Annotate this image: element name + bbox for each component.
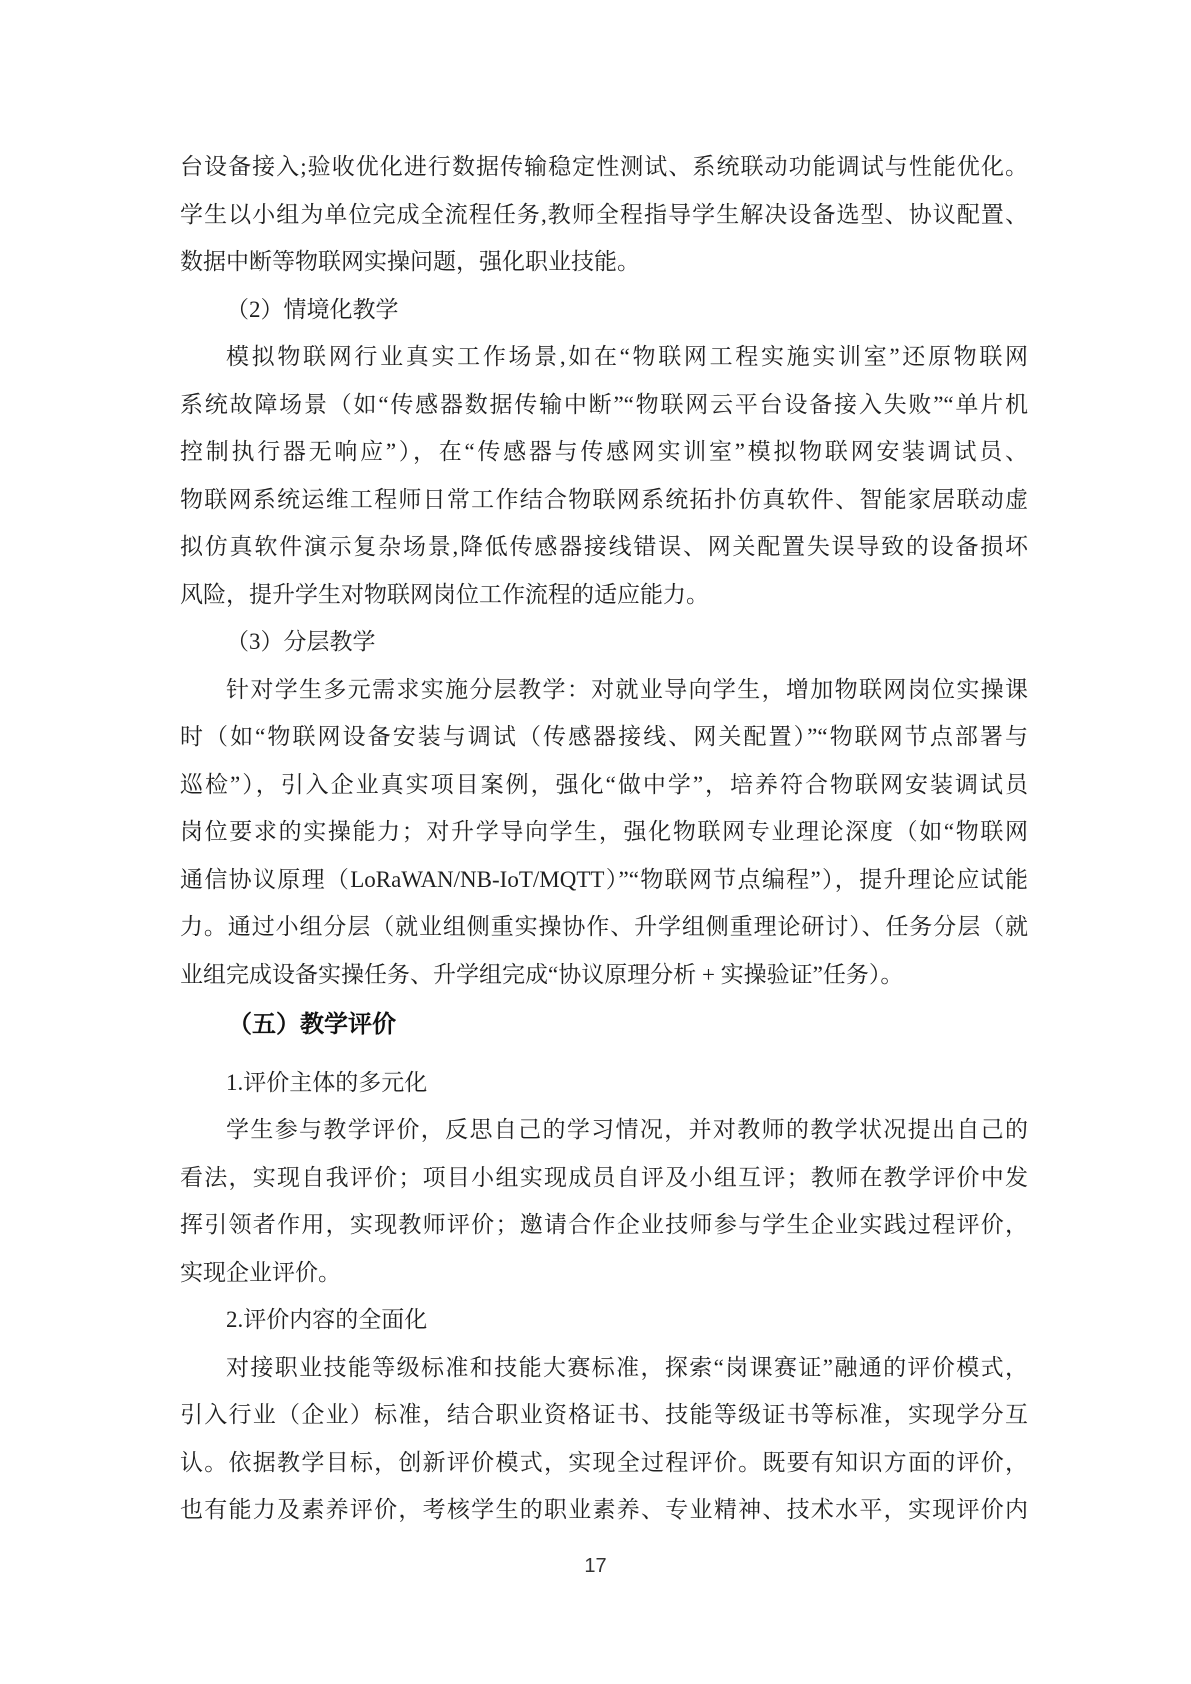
text-line: 1.评价主体的多元化 — [180, 1059, 1028, 1107]
text-line: 时（如“物联网设备安装与调试（传感器接线、网关配置）”“物联网节点部署与 — [180, 713, 1028, 761]
paragraph: （3）分层教学 — [180, 618, 1028, 666]
text-line: （3）分层教学 — [180, 618, 1028, 666]
text-line: 实现企业评价。 — [180, 1249, 1028, 1297]
text-line: 台设备接入;验收优化进行数据传输稳定性测试、系统联动功能调试与性能优化。 — [180, 143, 1028, 191]
text-line: 认。依据教学目标，创新评价模式，实现全过程评价。既要有知识方面的评价， — [180, 1439, 1028, 1487]
text-line: （2）情境化教学 — [180, 286, 1028, 334]
paragraph: 对接职业技能等级标准和技能大赛标准，探索“岗课赛证”融通的评价模式，引入行业（企… — [180, 1344, 1028, 1534]
text-line: 岗位要求的实操能力；对升学导向学生，强化物联网专业理论深度（如“物联网 — [180, 808, 1028, 856]
text-line: 学生参与教学评价，反思自己的学习情况，并对教师的教学状况提出自己的 — [180, 1106, 1028, 1154]
text-line: 针对学生多元需求实施分层教学：对就业导向学生，增加物联网岗位实操课 — [180, 666, 1028, 714]
text-line: 物联网系统运维工程师日常工作结合物联网系统拓扑仿真软件、智能家居联动虚 — [180, 476, 1028, 524]
page: 台设备接入;验收优化进行数据传输稳定性测试、系统联动功能调试与性能优化。学生以小… — [0, 0, 1191, 1684]
section-heading: （五）教学评价 — [180, 1001, 1028, 1049]
paragraph: 模拟物联网行业真实工作场景,如在“物联网工程实施实训室”还原物联网系统故障场景（… — [180, 333, 1028, 618]
paragraph: 针对学生多元需求实施分层教学：对就业导向学生，增加物联网岗位实操课时（如“物联网… — [180, 666, 1028, 999]
page-footer: 17 — [0, 1555, 1191, 1578]
text-line: 学生以小组为单位完成全流程任务,教师全程指导学生解决设备选型、协议配置、 — [180, 191, 1028, 239]
text-line: 通信协议原理（LoRaWAN/NB-IoT/MQTT）”“物联网节点编程”），提… — [180, 856, 1028, 904]
text-line: 巡检”），引入企业真实项目案例，强化“做中学”，培养符合物联网安装调试员 — [180, 761, 1028, 809]
text-line: 看法，实现自我评价；项目小组实现成员自评及小组互评；教师在教学评价中发 — [180, 1154, 1028, 1202]
text-line: 风险，提升学生对物联网岗位工作流程的适应能力。 — [180, 571, 1028, 619]
paragraph: 1.评价主体的多元化 — [180, 1059, 1028, 1107]
document-body: 台设备接入;验收优化进行数据传输稳定性测试、系统联动功能调试与性能优化。学生以小… — [180, 143, 1028, 1534]
text-line: 拟仿真软件演示复杂场景,降低传感器接线错误、网关配置失误导致的设备损坏 — [180, 523, 1028, 571]
text-line: 业组完成设备实操任务、升学组完成“协议原理分析 + 实操验证”任务）。 — [180, 951, 1028, 999]
text-line: 模拟物联网行业真实工作场景,如在“物联网工程实施实训室”还原物联网 — [180, 333, 1028, 381]
text-line: 挥引领者作用，实现教师评价；邀请合作企业技师参与学生企业实践过程评价， — [180, 1201, 1028, 1249]
text-line: 控制执行器无响应”），在“传感器与传感网实训室”模拟物联网安装调试员、 — [180, 428, 1028, 476]
heading-line: （五）教学评价 — [180, 1001, 1028, 1049]
paragraph: 台设备接入;验收优化进行数据传输稳定性测试、系统联动功能调试与性能优化。学生以小… — [180, 143, 1028, 286]
paragraph: 学生参与教学评价，反思自己的学习情况，并对教师的教学状况提出自己的看法，实现自我… — [180, 1106, 1028, 1296]
text-line: 引入行业（企业）标准，结合职业资格证书、技能等级证书等标准，实现学分互 — [180, 1391, 1028, 1439]
text-line: 系统故障场景（如“传感器数据传输中断”“物联网云平台设备接入失败”“单片机 — [180, 381, 1028, 429]
text-line: 数据中断等物联网实操问题，强化职业技能。 — [180, 238, 1028, 286]
page-number: 17 — [584, 1555, 606, 1577]
text-line: 也有能力及素养评价，考核学生的职业素养、专业精神、技术水平，实现评价内 — [180, 1486, 1028, 1534]
paragraph: （2）情境化教学 — [180, 286, 1028, 334]
text-line: 对接职业技能等级标准和技能大赛标准，探索“岗课赛证”融通的评价模式， — [180, 1344, 1028, 1392]
text-line: 2.评价内容的全面化 — [180, 1296, 1028, 1344]
paragraph: 2.评价内容的全面化 — [180, 1296, 1028, 1344]
text-line: 力。通过小组分层（就业组侧重实操协作、升学组侧重理论研讨）、任务分层（就 — [180, 903, 1028, 951]
